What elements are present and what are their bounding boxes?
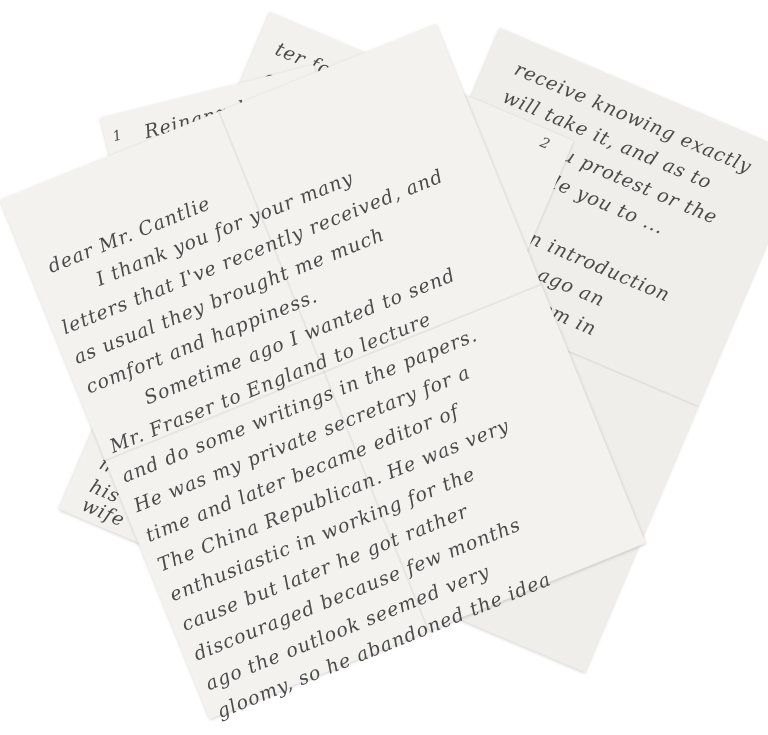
margin-mark: 1 bbox=[111, 127, 124, 145]
page-number: 2 bbox=[538, 135, 553, 154]
